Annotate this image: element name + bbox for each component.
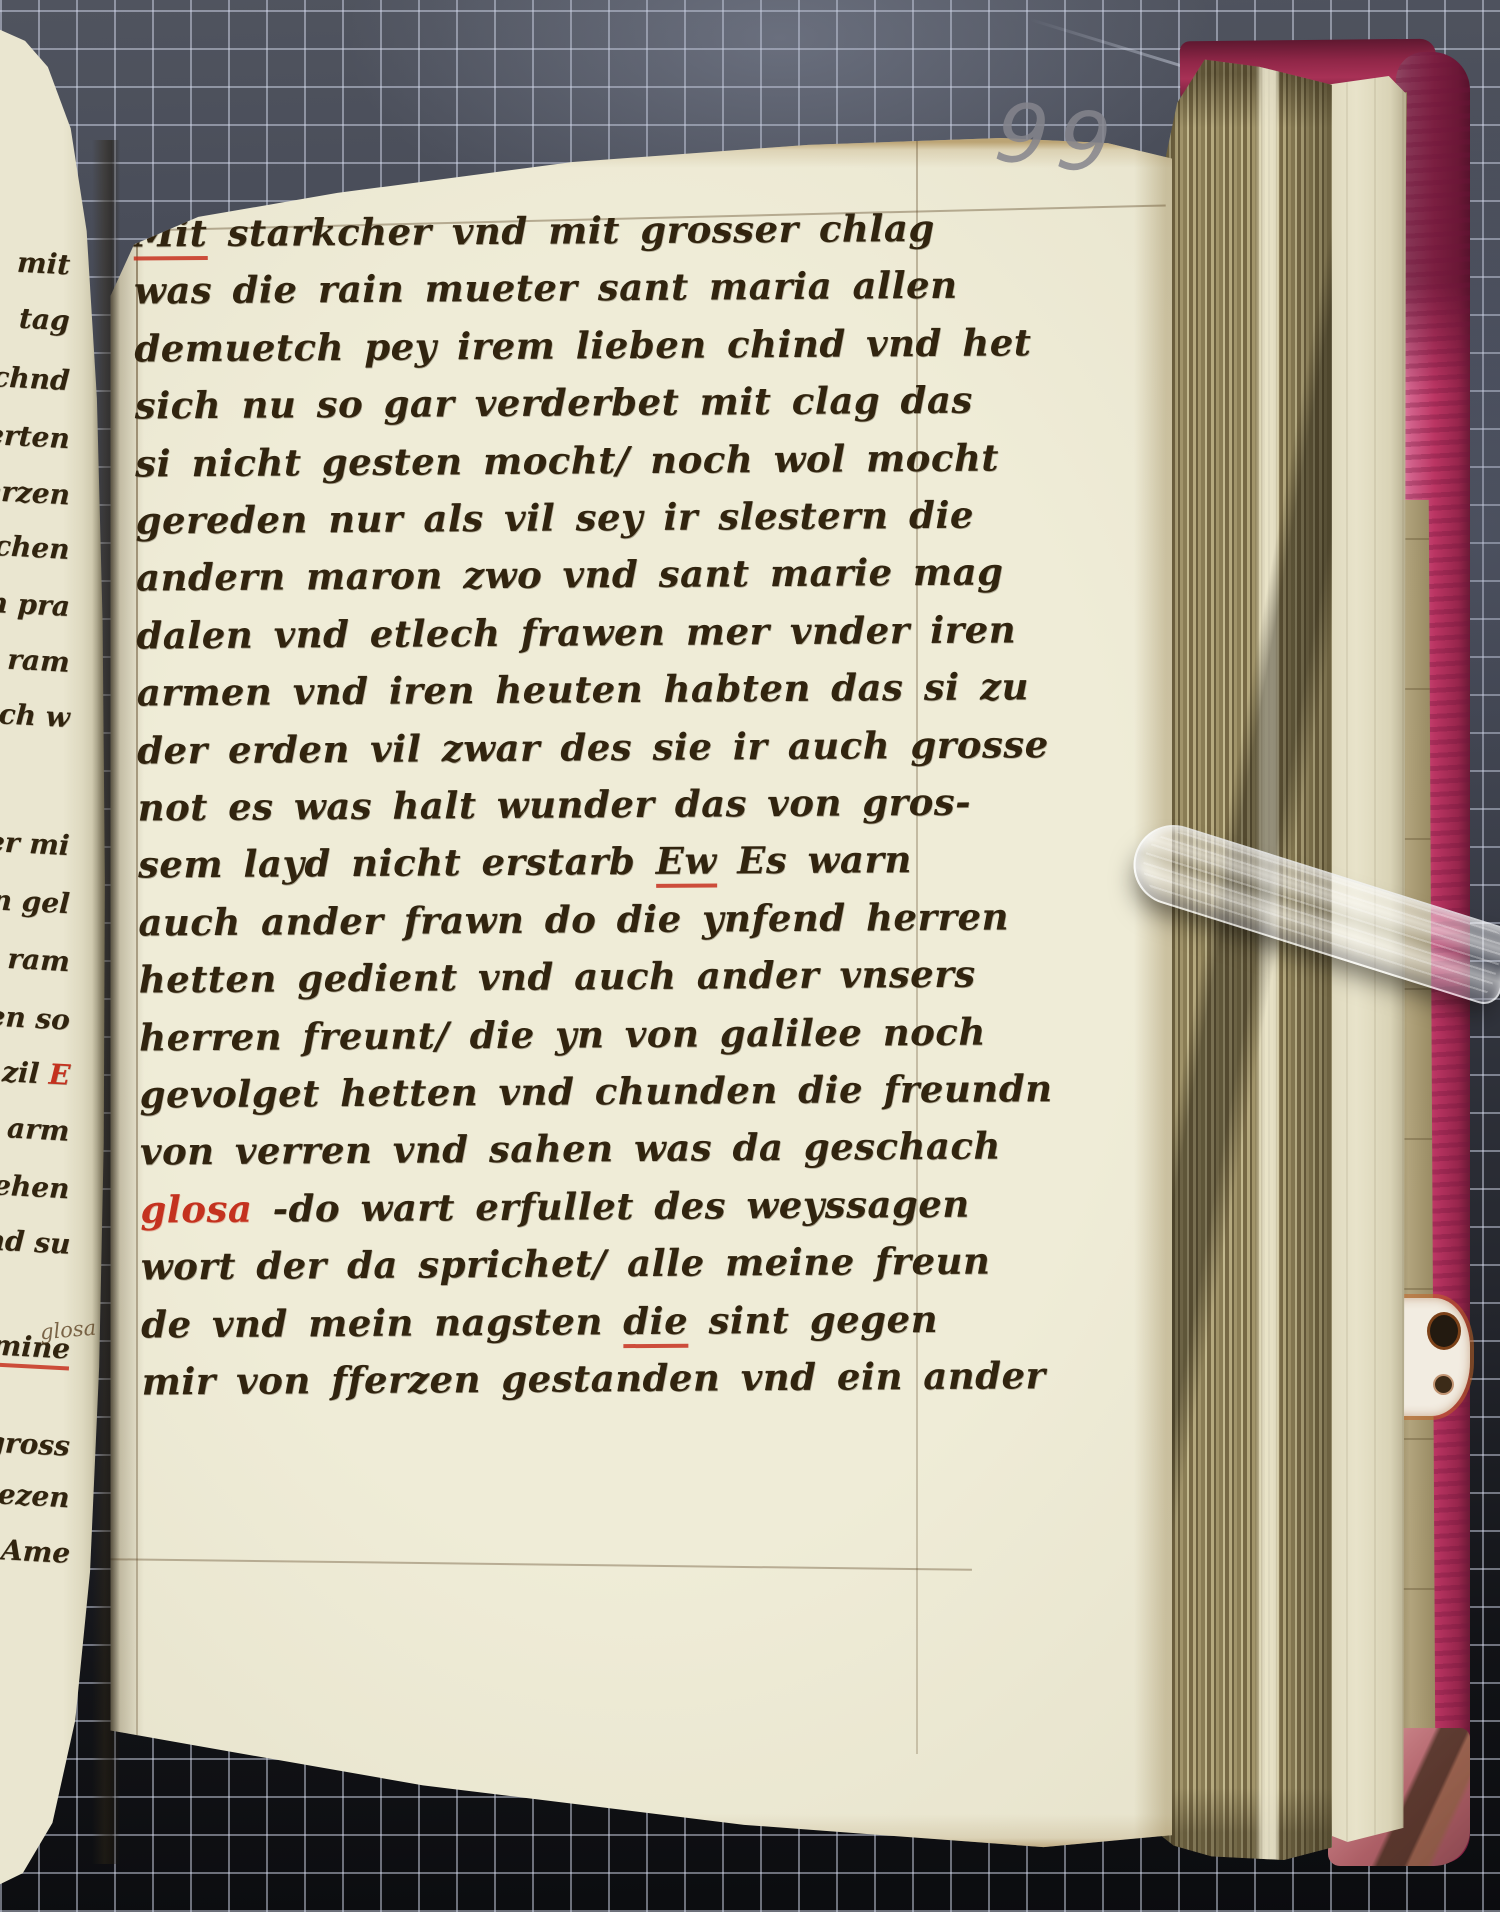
text-segment: mir von fferzen gestanden vnd ein ander (141, 1353, 1045, 1403)
manuscript-page: Mit starkcher vnd mit grosser chlagwas d… (102, 138, 1172, 1854)
manuscript-line: von verren vnd sahen was da geschach (140, 1128, 1001, 1171)
text-segment: armen vnd iren heuten habten das si zu (137, 664, 1029, 714)
text-segment: der erden vil zwar des sie ir auch gross… (137, 722, 1049, 772)
text-segment: -do wart erfullet des weyssagen (252, 1182, 970, 1231)
manuscript-line: was die rain mueter sant maria allen (134, 267, 958, 310)
text-segment: andern maron zwo vnd sant marie mag (136, 550, 1004, 600)
facing-page-text-fragment: l gross (0, 1427, 71, 1460)
manuscript-line: sich nu so gar verderbet mit clag das (135, 382, 973, 425)
text-segment: er mi (0, 825, 71, 862)
manuscript-line: mir von fferzen gestanden vnd ein ander (141, 1357, 1045, 1400)
text-segment: rezen (0, 1477, 71, 1514)
facing-page-text-fragment: l ram (0, 944, 71, 976)
facing-page-text-fragment: er mi (0, 828, 71, 860)
text-segment: chn pra (0, 584, 71, 623)
manuscript-line: demuetch pey irem lieben chind vnd het (134, 324, 1031, 367)
text-segment: sint gegen (688, 1297, 938, 1343)
text-segment: ut Ame (0, 1531, 71, 1570)
photo-canvas: { "scene": { "type": "photograph of a me… (0, 0, 1500, 1912)
text-segment: de vnd mein nagsten (141, 1299, 623, 1346)
text-segment: sich nu so gar verderbet mit clag das (135, 378, 973, 428)
manuscript-text-block: Mit starkcher vnd mit grosser chlagwas d… (133, 208, 1152, 1515)
text-segment: herren freunt/ die yn von galilee noch (139, 1009, 986, 1059)
manuscript-line: auch ander frawn do die ynfend herren (138, 898, 1009, 941)
text-segment: E (48, 1058, 71, 1092)
facing-page-text-fragment: arm (7, 1114, 71, 1145)
text-segment: Es warn (717, 838, 912, 883)
text-segment: was die rain mueter sant maria allen (134, 263, 958, 313)
facing-page-text-fragment: zil E (1, 1058, 71, 1090)
text-segment: smerzen (0, 472, 71, 512)
text-segment: l gross (0, 1424, 71, 1462)
manuscript-line: si nicht gesten mocht/ noch wol mocht (135, 439, 999, 482)
facing-page-text-fragment: rezen (0, 1480, 71, 1512)
manuscript-line: herren freunt/ die yn von galilee noch (139, 1013, 986, 1056)
text-segment: gereden nur als vil sey ir slestern die (135, 493, 974, 543)
text-segment: euerten (0, 416, 71, 455)
text-segment: gevolget hetten vnd chunden die freundn (139, 1066, 1052, 1116)
facing-page-text-fragment: ich w (0, 700, 71, 732)
text-segment: von verren vnd sahen was da geschach (140, 1124, 1001, 1174)
facing-page-text-fragment: smerzen (0, 475, 71, 510)
text-segment: l ram (0, 941, 71, 978)
text-segment: mit (16, 246, 71, 282)
facing-page-text-fragment: tag (19, 305, 71, 336)
manuscript-line: wort der da sprichet/ alle meine freun (141, 1243, 991, 1286)
text-segment: schehen (0, 1166, 71, 1206)
text-segment: arm (7, 1111, 71, 1147)
text-segment: starkcher vnd mit grosser chlag (207, 206, 935, 255)
facing-page-text-fragment: es chnd (0, 361, 71, 395)
text-segment: wort der da sprichet/ alle meine freun (141, 1239, 991, 1289)
text-segment: not es was halt wunder das von gros- (137, 780, 971, 830)
facing-page-text-fragment: vil ram (0, 643, 71, 677)
text-segment: ond su (0, 1222, 71, 1260)
text-segment: gen so (0, 998, 71, 1036)
text-segment: demuetch pey irem lieben chind vnd het (134, 320, 1031, 370)
facing-page-text-fragment: chn pra (0, 587, 71, 621)
manuscript-line: andern maron zwo vnd sant marie mag (136, 554, 1004, 597)
manuscript-line: sem layd nicht erstarb Ew Es warn (138, 842, 912, 884)
text-segment: tag (19, 302, 71, 338)
text-segment: in gel (0, 883, 71, 921)
margin-gloss-note: glosa (39, 1316, 97, 1345)
facing-page-text-fragment: ond su (0, 1225, 71, 1258)
manuscript-line: dalen vnd etlech frawen mer vnder iren (136, 611, 1016, 654)
wormhole (1430, 1315, 1458, 1347)
text-segment: es chnd (0, 358, 71, 397)
text-segment: Ew (656, 839, 717, 888)
facing-page-text-fragment: schehen (0, 1169, 71, 1204)
manuscript-line: hetten gedient vnd auch ander vnsers (139, 956, 976, 999)
facing-page-text-fragment: gen so (0, 1001, 71, 1034)
wormhole-small (1435, 1376, 1452, 1393)
manuscript-line: der erden vil zwar des sie ir auch gross… (137, 726, 1049, 769)
manuscript-line: not es was halt wunder das von gros- (137, 784, 971, 827)
facing-page-text-fragment: chen (0, 532, 71, 564)
rubric-word: glosa (140, 1187, 252, 1232)
text-segment: die (623, 1298, 688, 1347)
fore-edge-page-stack (1160, 56, 1332, 1860)
manuscript-line: Mit starkcher vnd mit grosser chlag (133, 210, 934, 253)
facing-page-text-fragment: in gel (0, 886, 71, 919)
manuscript-line: gevolget hetten vnd chunden die freundn (139, 1070, 1052, 1113)
text-segment: chen (0, 529, 71, 566)
manuscript-line: gereden nur als vil sey ir slestern die (135, 497, 974, 540)
manuscript-line: glosa -do wart erfullet des weyssagen (140, 1186, 970, 1229)
facing-page-text-fragment: ut Ame (0, 1534, 71, 1568)
text-segment: zil (1, 1055, 50, 1090)
facing-page-text-fragment: mit (16, 249, 71, 280)
text-segment: hetten gedient vnd auch ander vnsers (139, 952, 976, 1002)
text-segment: vil ram (0, 640, 71, 679)
text-segment: auch ander frawn do die ynfend herren (138, 894, 1009, 944)
text-segment: ich w (0, 697, 71, 734)
ruled-line-bottom (92, 1558, 972, 1571)
manuscript-line: de vnd mein nagsten die sint gegen (141, 1301, 938, 1344)
facing-page-text-fragment: euerten (0, 419, 71, 453)
text-segment: si nicht gesten mocht/ noch wol mocht (135, 435, 999, 485)
text-segment: sem layd nicht erstarb (138, 839, 656, 887)
manuscript-line: armen vnd iren heuten habten das si zu (137, 668, 1029, 711)
text-segment: dalen vnd etlech frawen mer vnder iren (136, 607, 1016, 657)
